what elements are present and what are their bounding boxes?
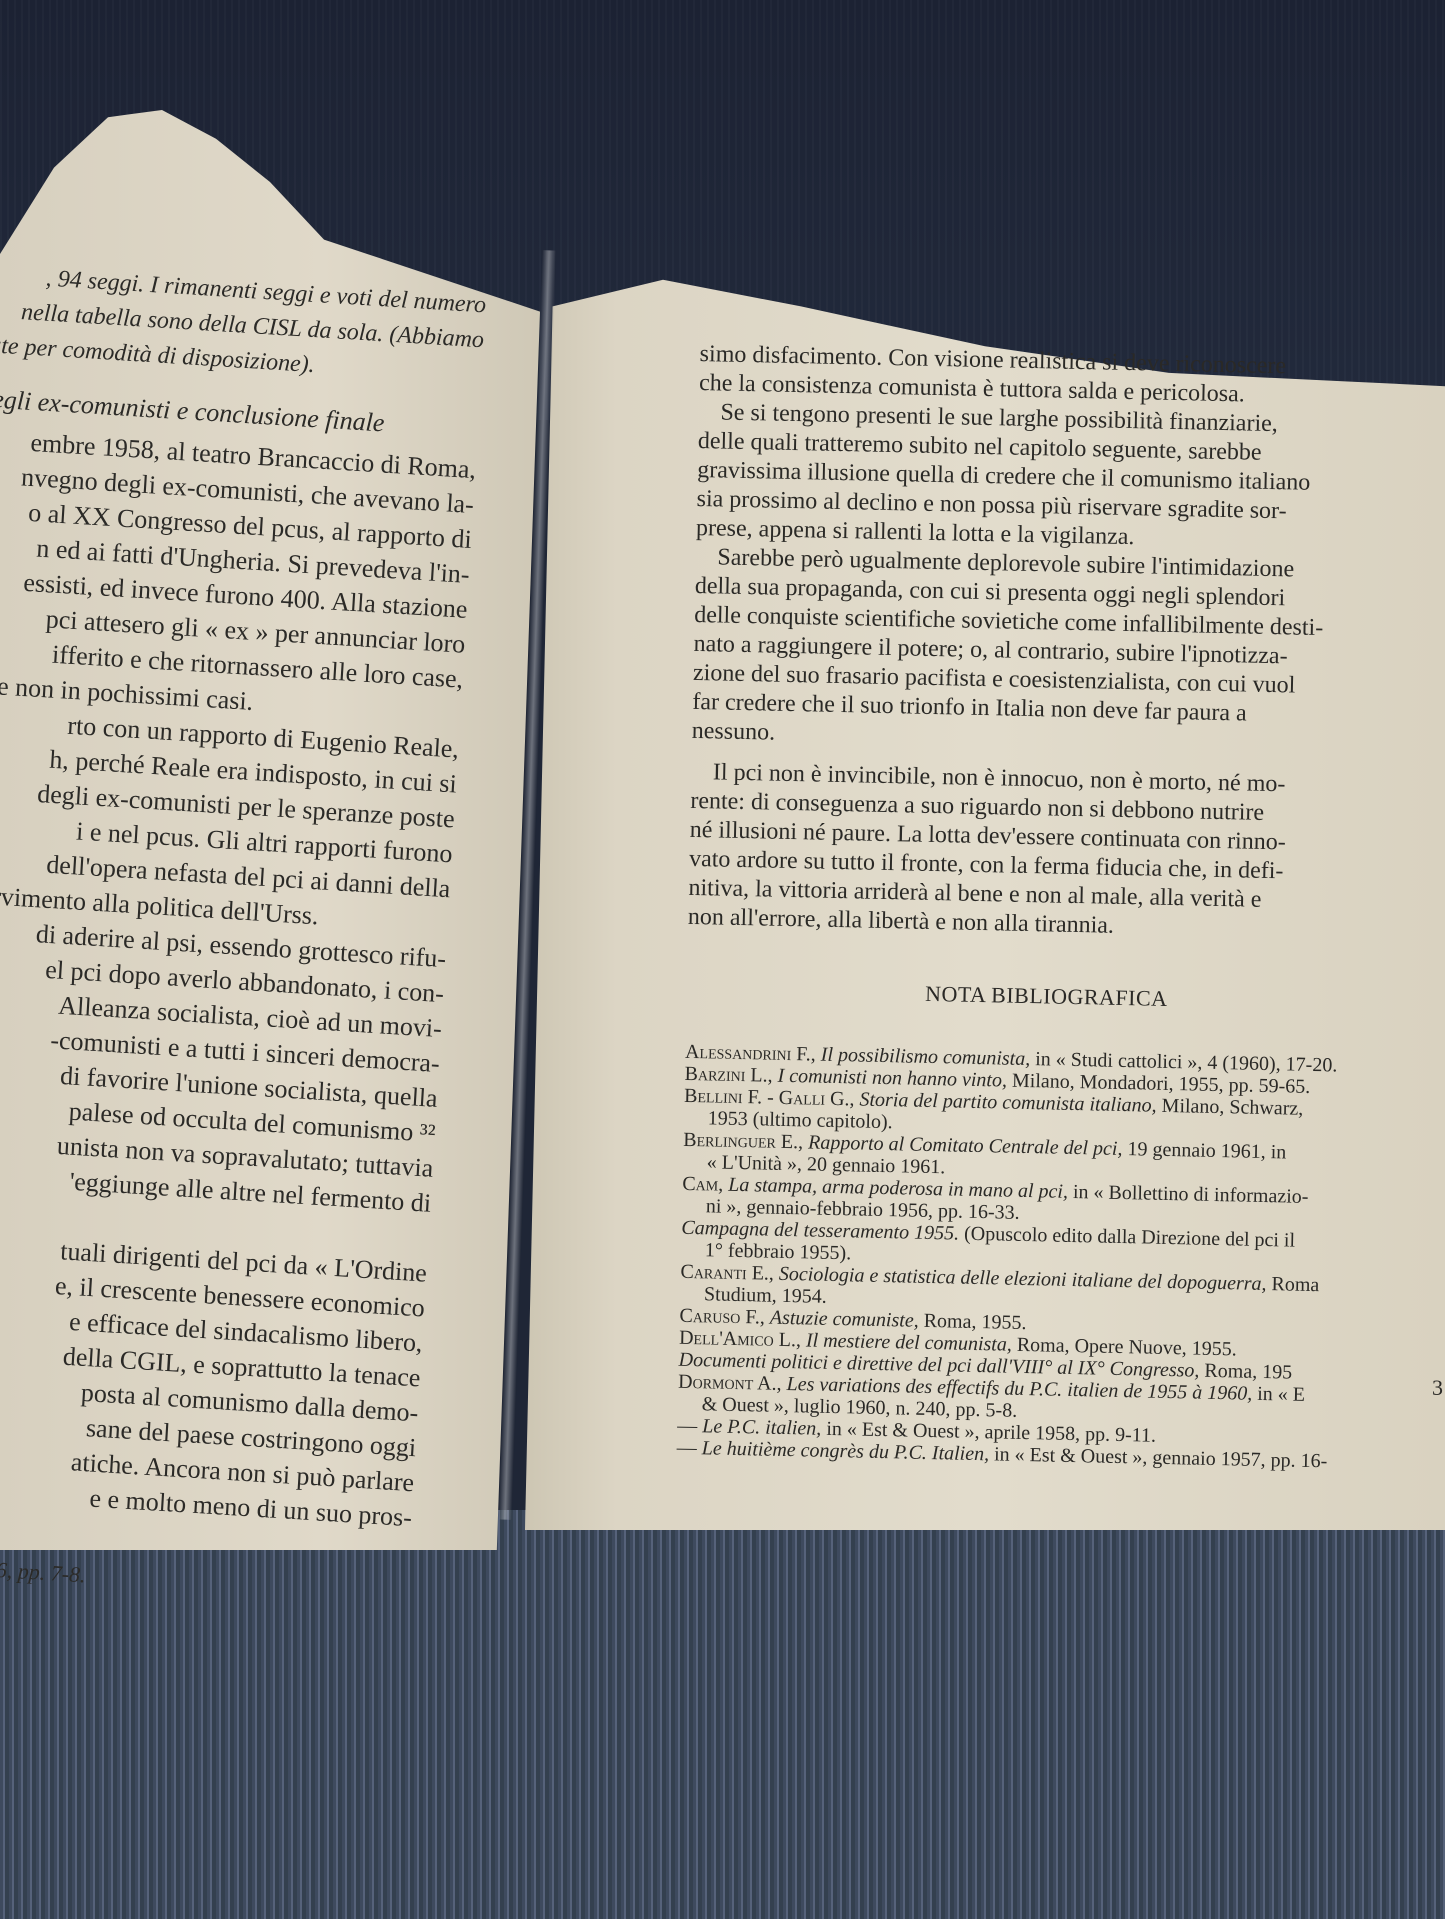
left-paragraph-1: embre 1958, al teatro Brancaccio di Roma… xyxy=(0,422,477,732)
right-paragraph-2: Se si tengono presenti le sue larghe pos… xyxy=(696,398,1419,558)
bibliography-list: Alessandrini F., Il possibilismo comunis… xyxy=(677,1041,1406,1474)
right-paragraph-4: Il pci non è invincibile, non è innocuo,… xyxy=(688,758,1411,947)
left-paragraph-3: tuali dirigenti del pci da « L'Ordine e,… xyxy=(0,1225,428,1535)
left-page-text: , 94 seggi. I rimanenti seggi e voti del… xyxy=(0,258,487,1612)
bibliography-title: NOTA BIBLIOGRAFICA xyxy=(686,974,1406,1018)
right-paragraph-3: Sarebbe però ugualmente deplorevole subi… xyxy=(691,543,1415,761)
page-number: 3 xyxy=(1432,1375,1443,1401)
right-page-text: simo disfacimento. Con visione realistic… xyxy=(677,340,1420,1474)
left-paragraph-2: rto con un rapporto di Eugenio Reale, h,… xyxy=(0,701,460,1256)
